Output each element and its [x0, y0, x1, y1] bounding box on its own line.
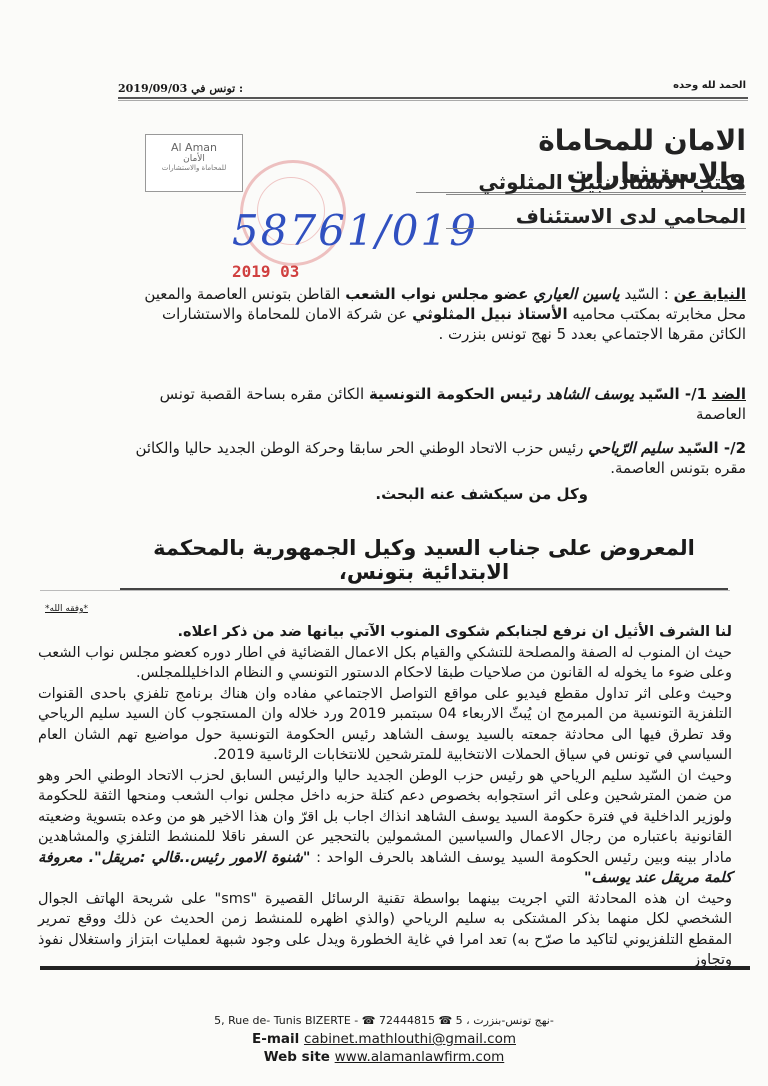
logo-text-en: Al Aman: [146, 141, 242, 154]
plaintiff-role: عضو مجلس نواب الشعب: [345, 285, 528, 303]
address-en: 5, Rue de- Tunis BIZERTE -: [214, 1014, 358, 1027]
plaintiff-name: ياسين العياري: [533, 285, 620, 303]
body-paragraph-4: وحيث ان هذه المحادثة التي اجريت بينهما ب…: [38, 889, 732, 971]
email-link[interactable]: cabinet.mathlouthi@gmail.com: [304, 1031, 516, 1047]
defendant-1-block: الضد 1/- السّيد يوسف الشاهد رئيس الحكومة…: [126, 384, 746, 424]
lawyer-office: مكتب الأستاذ نبيل المثلوثي: [446, 170, 746, 195]
website-label: Web site: [264, 1049, 330, 1065]
handwritten-registration-number: 58761/019: [232, 206, 478, 255]
header-divider-thin: [118, 100, 748, 101]
email-label: E-mail: [252, 1031, 299, 1047]
phone-icon: ☎: [438, 1014, 452, 1027]
date-value: 2019/09/03: [118, 82, 187, 95]
body-paragraph-1: حيث ان المنوب له الصفة والمصلحة للتشكي و…: [38, 643, 732, 684]
header-divider: [118, 97, 748, 99]
on-behalf-label: النيابة عن: [674, 285, 746, 303]
defendant-1-name: يوسف الشاهد: [546, 385, 634, 403]
text: : السّيد: [625, 285, 669, 303]
footer-website: Web site www.alamanlawfirm.com: [0, 1048, 768, 1066]
footer-email: E-mail cabinet.mathlouthi@gmail.com: [0, 1030, 768, 1048]
defendant-number: 2/- السّيد: [678, 439, 746, 457]
phone-number: 72444815: [379, 1014, 435, 1027]
defendant-number: 1/- السّيد: [639, 385, 707, 403]
against-label: الضد: [712, 385, 746, 403]
defendant-2-block: 2/- السّيد سليم الرّياحي رئيس حزب الاتحا…: [126, 438, 746, 478]
invocation: الحمد لله وحده: [673, 80, 746, 91]
body-paragraph-2: وحيث وعلى اثر تداول مقطع فيديو على مواقع…: [38, 684, 732, 766]
others-clause: وكل من سيكشف عنه البحث.: [188, 484, 588, 504]
lawyer-name: الأستاذ نبيل المثلوثي: [412, 305, 568, 323]
footer: 5, Rue de- Tunis BIZERTE - ☎ 72444815 ☎ …: [0, 1012, 768, 1066]
document-date: 2019/09/03 تونس في :: [118, 82, 243, 95]
phone-icon: ☎: [362, 1014, 376, 1027]
body-paragraph-3: وحيث ان السّيد سليم الرياحي هو رئيس حزب …: [38, 766, 732, 889]
salutation: *وفقه الله*: [45, 604, 88, 614]
defendant-2-name: سليم الرّياحي: [588, 439, 673, 457]
plaintiff-block: النيابة عن : السّيد ياسين العياري عضو مج…: [126, 284, 746, 344]
body-intro: لنا الشرف الأثيل ان نرفع لجنابكم شكوى ال…: [38, 622, 732, 643]
received-date-stamp: 2019 03: [232, 262, 299, 281]
section-divider: [40, 590, 730, 591]
complaint-body: لنا الشرف الأثيل ان نرفع لجنابكم شكوى ال…: [38, 622, 732, 971]
lawyer-title: المحامي لدى الاستئناف: [446, 204, 746, 229]
addressee-heading: المعروض على جناب السيد وكيل الجمهورية با…: [120, 536, 728, 590]
address-ar: 5 ، نهج تونس-بنزرت-: [456, 1014, 554, 1027]
firm-logo: Al Aman الأمان للمحاماة والاستشارات: [145, 134, 243, 192]
logo-text-ar: الأمان: [146, 154, 242, 164]
footer-divider: [40, 966, 750, 970]
website-link[interactable]: www.alamanlawfirm.com: [335, 1049, 505, 1065]
footer-address: 5, Rue de- Tunis BIZERTE - ☎ 72444815 ☎ …: [0, 1012, 768, 1030]
defendant-1-role: رئيس الحكومة التونسية: [369, 385, 542, 403]
logo-subtitle: للمحاماة والاستشارات: [146, 164, 242, 172]
date-label: تونس في :: [191, 82, 243, 95]
